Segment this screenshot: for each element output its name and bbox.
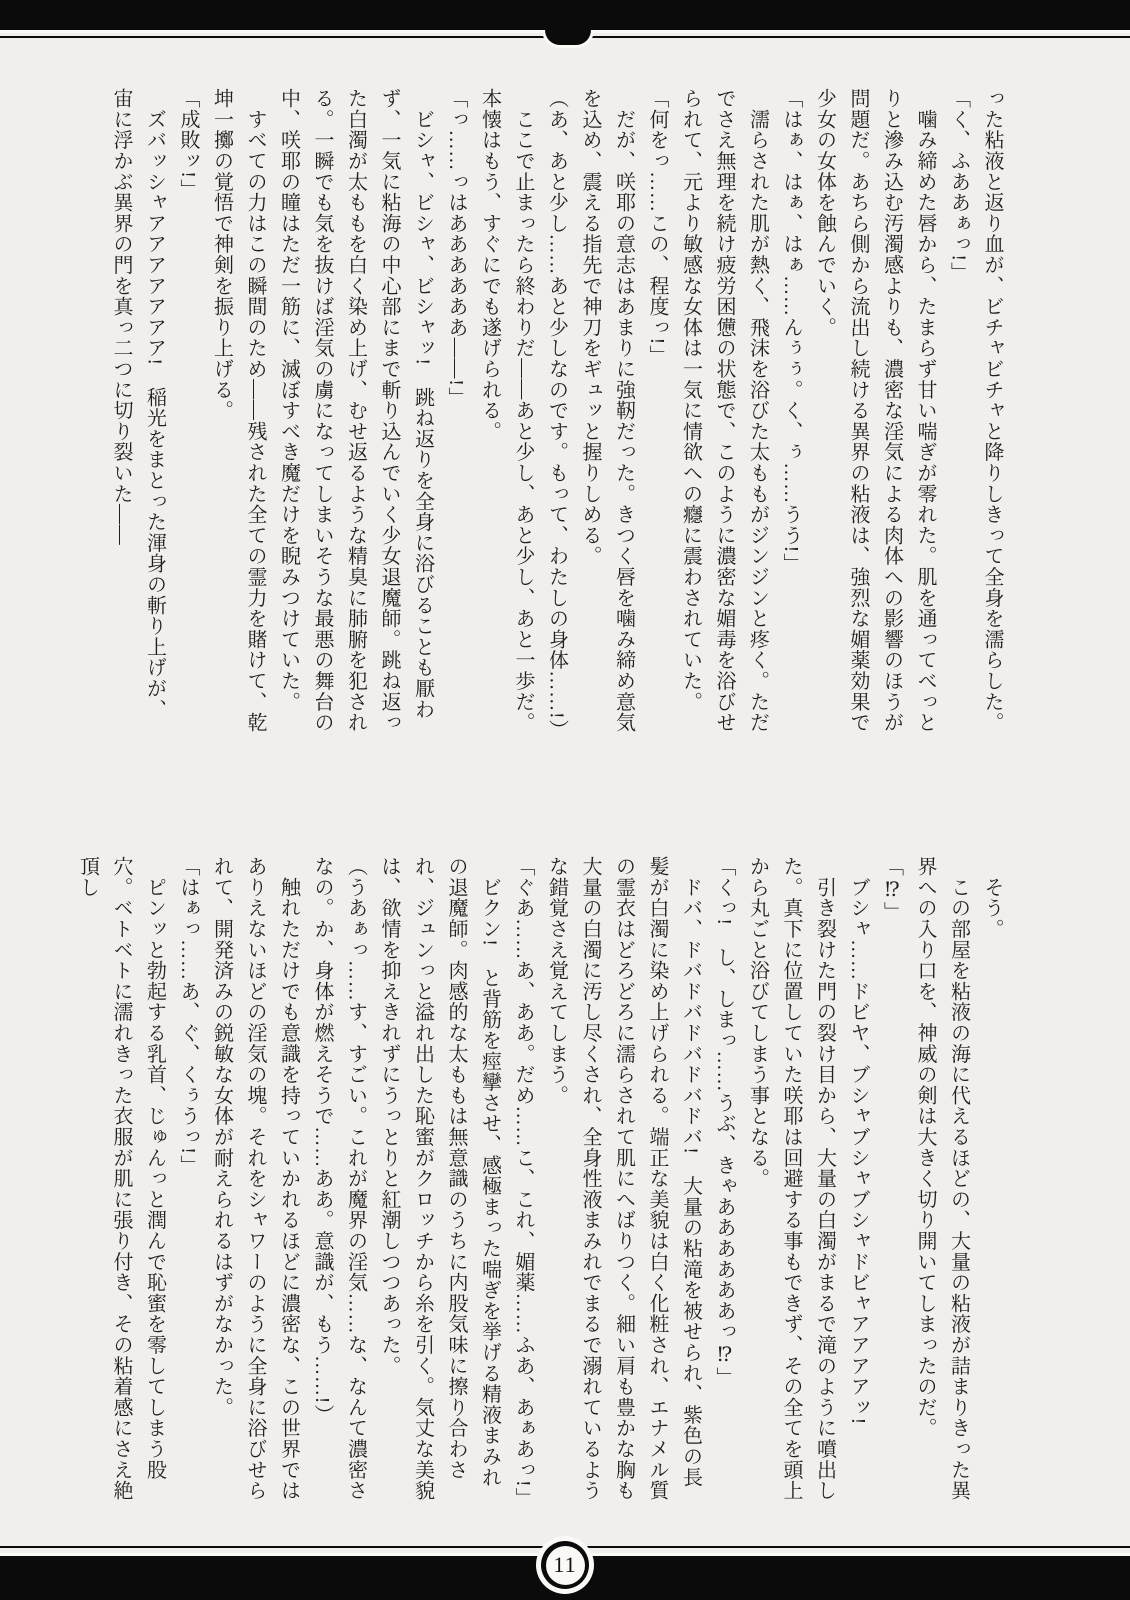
paragraph: 「成敗ッ!」 (171, 88, 205, 734)
story-text-top-block: った粘液と返り血が、ビチャビチャと降りしきって全身を濡らした。 「く、ふああぁっ… (104, 88, 1009, 734)
paragraph: すべての力はこの瞬間のため――残された全ての霊力を賭けて、乾坤一擲の覚悟で神剣を… (204, 88, 271, 734)
page-number-core: 11 (546, 1546, 585, 1585)
paragraph: （あ、あと少し……あと少しなのです。もって、わたしの身体……!） (539, 88, 573, 734)
novel-page: った粘液と返り血が、ビチャビチャと降りしきって全身を濡らした。 「く、ふああぁっ… (0, 0, 1130, 1600)
story-text-bottom-block: そう。 この部屋を粘液の海に代えるほどの、大量の粘液が詰まりきった異界への入り口… (70, 856, 1008, 1502)
paragraph: 濡らされた肌が熱く、飛沫を浴びた太ももがジンジンと疼く。ただでさえ無理を続け疲労… (673, 88, 774, 734)
paragraph: 「くっ! し、しまっ……うぶ、きゃああああああっ⁉」 (707, 856, 741, 1502)
paragraph: 「っ……っはああああああ――!」 (439, 88, 473, 734)
paragraph: ビクン! と背筋を痙攣させ、感極まった喘ぎを挙げる精液まみれの退魔師。肉感的な太… (372, 856, 506, 1502)
top-border-notch (542, 30, 594, 48)
paragraph: った粘液と返り血が、ビチャビチャと降りしきって全身を濡らした。 (975, 88, 1009, 734)
top-border-band (0, 0, 1130, 33)
paragraph: だが、咲耶の意志はあまりに強靭だった。きつく唇を噛み締め意気を込め、震える指先で… (573, 88, 640, 734)
paragraph: ズバッシャアアアアアアア! 稲光をまとった渾身の斬り上げが、宙に浮かぶ異界の門を… (104, 88, 171, 734)
paragraph: 「はぁ、はぁ、はぁ……んぅぅ。く、ぅ……うう!」 (774, 88, 808, 734)
paragraph: 触れただけでも意識を持っていかれるほどに濃密な、この世界ではありえないほどの淫気… (204, 856, 305, 1502)
page-number-badge: 11 (536, 1536, 594, 1594)
paragraph: ビシャ、ビシャ、ビシャッ! 跳ね返りを全身に浴びることも厭わず、一気に粘海の中心… (271, 88, 439, 734)
paragraph: ピンッと勃起する乳首、じゅんっと潤んで恥蜜を零してしまう股穴。ベトベトに濡れきっ… (70, 856, 171, 1502)
paragraph: ブシャ……ドビヤ、ブシャブシャブシャドビャアアアアッ! (841, 856, 875, 1502)
paragraph: 「何をっ……この、程度っ!」 (640, 88, 674, 734)
paragraph: この部屋を粘液の海に代えるほどの、大量の粘液が詰まりきった異界への入り口を、神威… (908, 856, 975, 1502)
paragraph: ここで止まったら終わりだ――あと少し、あと少し、あと一歩だ。本懐はもう、すぐにで… (472, 88, 539, 734)
paragraph: （うあぁっ……す、すごい。これが魔界の淫気……な、なんて濃密さなの。か、身体が燃… (305, 856, 372, 1502)
paragraph: ドバ、ドバドバドバドバドバ! 大量の粘滝を被せられ、紫色の長髪が白濁に染め上げら… (539, 856, 707, 1502)
paragraph: 引き裂けた門の裂け目から、大量の白濁がまるで滝のように噴出した。真下に位置してい… (740, 856, 841, 1502)
paragraph: 「く、ふああぁっ!」 (941, 88, 975, 734)
page-number-ring: 11 (541, 1541, 589, 1589)
paragraph: そう。 (975, 856, 1009, 1502)
paragraph: 「はぁっ……あ、ぐ、くぅうっ!」 (171, 856, 205, 1502)
paragraph: 「⁉」 (874, 856, 908, 1502)
paragraph: 「ぐあ……あ、ああ。だめ……こ、これ、媚薬……ふあ、あぁあっ!」 (506, 856, 540, 1502)
paragraph: 噛み締めた唇から、たまらず甘い喘ぎが零れた。肌を通ってべっとりと滲み込む汚濁感よ… (807, 88, 941, 734)
page-number: 11 (553, 1552, 576, 1578)
